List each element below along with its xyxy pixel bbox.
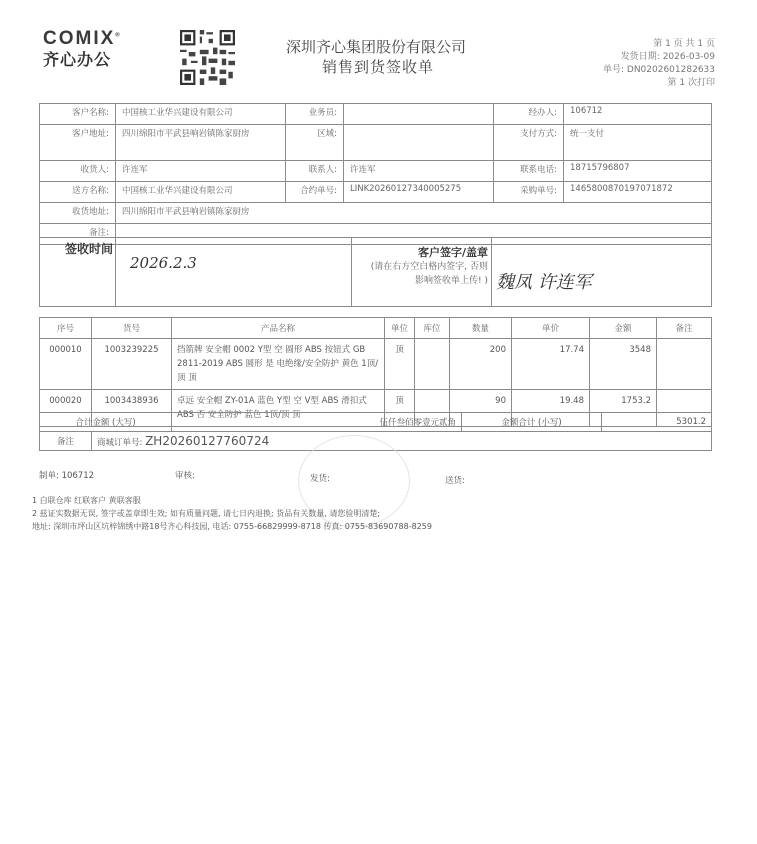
sign-time-value: 2026.2.3 — [116, 238, 352, 307]
region — [344, 125, 494, 161]
item-sku: 1003239225 — [92, 339, 172, 390]
total-upper-label: 合计金额 (大写) — [40, 413, 172, 432]
col-amount: 金额 — [590, 318, 657, 339]
mall-order: 商城订单号: ZH20260127760724 — [92, 432, 712, 451]
contact: 许连军 — [344, 161, 494, 182]
col-name: 产品名称 — [172, 318, 385, 339]
item-location — [415, 339, 450, 390]
info-row: 客户名称: 中国核工业华兴建设有限公司 业务员: 经办人: 106712 — [40, 104, 712, 125]
mall-order-number: ZH20260127760724 — [145, 434, 269, 448]
item-remark — [657, 339, 712, 390]
total-upper: 伍仟叁佰零壹元贰角 — [172, 413, 462, 432]
delivery-address: 四川绵阳市平武县响岩镇陈家厨房 — [116, 203, 712, 224]
note-copies: 1 白联仓库 红联客户 黄联客服 — [32, 494, 432, 507]
col-price: 单价 — [512, 318, 590, 339]
items-header-row: 序号 货号 产品名称 单位 库位 数量 单价 金额 备注 — [40, 318, 712, 339]
salesperson-label: 业务员: — [286, 104, 344, 125]
customer-info-table: 客户名称: 中国核工业华兴建设有限公司 业务员: 经办人: 106712 客户地… — [39, 103, 712, 245]
qr-code-icon — [180, 30, 235, 85]
total-lower: 5301.2 — [602, 413, 712, 432]
ship-to: 中国核工业华兴建设有限公司 — [116, 182, 286, 203]
item-amount: 3548 — [590, 339, 657, 390]
ship-to-label: 送方名称: — [40, 182, 116, 203]
payment: 统一支付 — [564, 125, 712, 161]
item-qty: 200 — [450, 339, 512, 390]
receiver-label: 收货人: — [40, 161, 116, 182]
payment-label: 支付方式: — [494, 125, 564, 161]
col-location: 库位 — [415, 318, 450, 339]
logo-cn: 齐心办公 — [43, 47, 111, 70]
company-address: 地址: 深圳市坪山区坑梓锦绣中路18号齐心科技园, 电话: 0755-66829… — [32, 520, 432, 533]
ship-date: 发货日期: 2026-03-09 — [603, 51, 715, 64]
print-count: 第 1 次打印 — [603, 77, 715, 90]
sign-section: 签收时间 2026.2.3 客户签字/盖章 (请在右方空白格内签字, 否则 影响… — [39, 237, 712, 307]
contract-number: LINK20260127340005275 — [344, 182, 494, 203]
info-row: 收货地址: 四川绵阳市平武县响岩镇陈家厨房 — [40, 203, 712, 224]
col-qty: 数量 — [450, 318, 512, 339]
summary-remark-label: 备注 — [40, 432, 92, 451]
customer-name: 中国核工业华兴建设有限公司 — [116, 104, 286, 125]
contract-label: 合约单号: — [286, 182, 344, 203]
handler: 106712 — [564, 104, 712, 125]
customer-name-label: 客户名称: — [40, 104, 116, 125]
customer-address: 四川绵阳市平武县响岩镇陈家厨房 — [116, 125, 286, 161]
customer-address-label: 客户地址: — [40, 125, 116, 161]
item-price: 17.74 — [512, 339, 590, 390]
info-row: 送方名称: 中国核工业华兴建设有限公司 合约单号: LINK2026012734… — [40, 182, 712, 203]
col-remark: 备注 — [657, 318, 712, 339]
document-meta: 第 1 页 共 1 页 发货日期: 2026-03-09 单号: DN02026… — [603, 38, 715, 90]
item-seq: 000010 — [40, 339, 92, 390]
customer-sign-label: 客户签字/盖章 (请在右方空白格内签字, 否则 影响签收单上传! ) — [352, 238, 492, 307]
ship-label: 发货: — [310, 472, 330, 484]
footer-notes: 1 白联仓库 红联客户 黄联客服 2 兹证实数据无误, 签字或盖章即生效; 如有… — [32, 494, 432, 533]
delivery-address-label: 收货地址: — [40, 203, 116, 224]
region-label: 区域: — [286, 125, 344, 161]
customer-signature: 魏凤 许连军 — [492, 238, 712, 307]
page-info: 第 1 页 共 1 页 — [603, 38, 715, 51]
company-name: 深圳齐心集团股份有限公司 — [286, 36, 466, 57]
total-row: 合计金额 (大写) 伍仟叁佰零壹元贰角 金额合计 (小写) 5301.2 — [40, 413, 712, 432]
info-row: 收货人: 许连军 联系人: 许连军 联系电话: 18715796807 — [40, 161, 712, 182]
purchase-label: 采购单号: — [494, 182, 564, 203]
receiver: 许连军 — [116, 161, 286, 182]
review-label: 审核: — [175, 469, 195, 481]
deliver-label: 送货: — [445, 474, 465, 486]
doc-number: 单号: DN0202601282633 — [603, 64, 715, 77]
item-unit: 顶 — [385, 339, 415, 390]
salesperson — [344, 104, 494, 125]
items-table: 序号 货号 产品名称 单位 库位 数量 单价 金额 备注 000010 1003… — [39, 317, 712, 427]
sign-time-label: 签收时间 — [40, 238, 116, 307]
document-title: 销售到货签收单 — [322, 56, 434, 77]
contact-label: 联系人: — [286, 161, 344, 182]
table-row: 000010 1003239225 挡箭牌 安全帽 0002 Y型 空 圆形 A… — [40, 339, 712, 390]
total-lower-label: 金额合计 (小写) — [462, 413, 602, 432]
phone: 18715796807 — [564, 161, 712, 182]
phone-label: 联系电话: — [494, 161, 564, 182]
col-unit: 单位 — [385, 318, 415, 339]
info-row: 客户地址: 四川绵阳市平武县响岩镇陈家厨房 区域: 支付方式: 统一支付 — [40, 125, 712, 161]
item-name: 挡箭牌 安全帽 0002 Y型 空 圆形 ABS 按钮式 GB 2811-201… — [172, 339, 385, 390]
maker: 制单: 106712 — [39, 469, 94, 481]
col-sku: 货号 — [92, 318, 172, 339]
handler-label: 经办人: — [494, 104, 564, 125]
note-terms: 2 兹证实数据无误, 签字或盖章即生效; 如有质量问题, 请七日内退换; 货品有… — [32, 507, 432, 520]
purchase-number: 1465800870197071872 — [564, 182, 712, 203]
col-seq: 序号 — [40, 318, 92, 339]
